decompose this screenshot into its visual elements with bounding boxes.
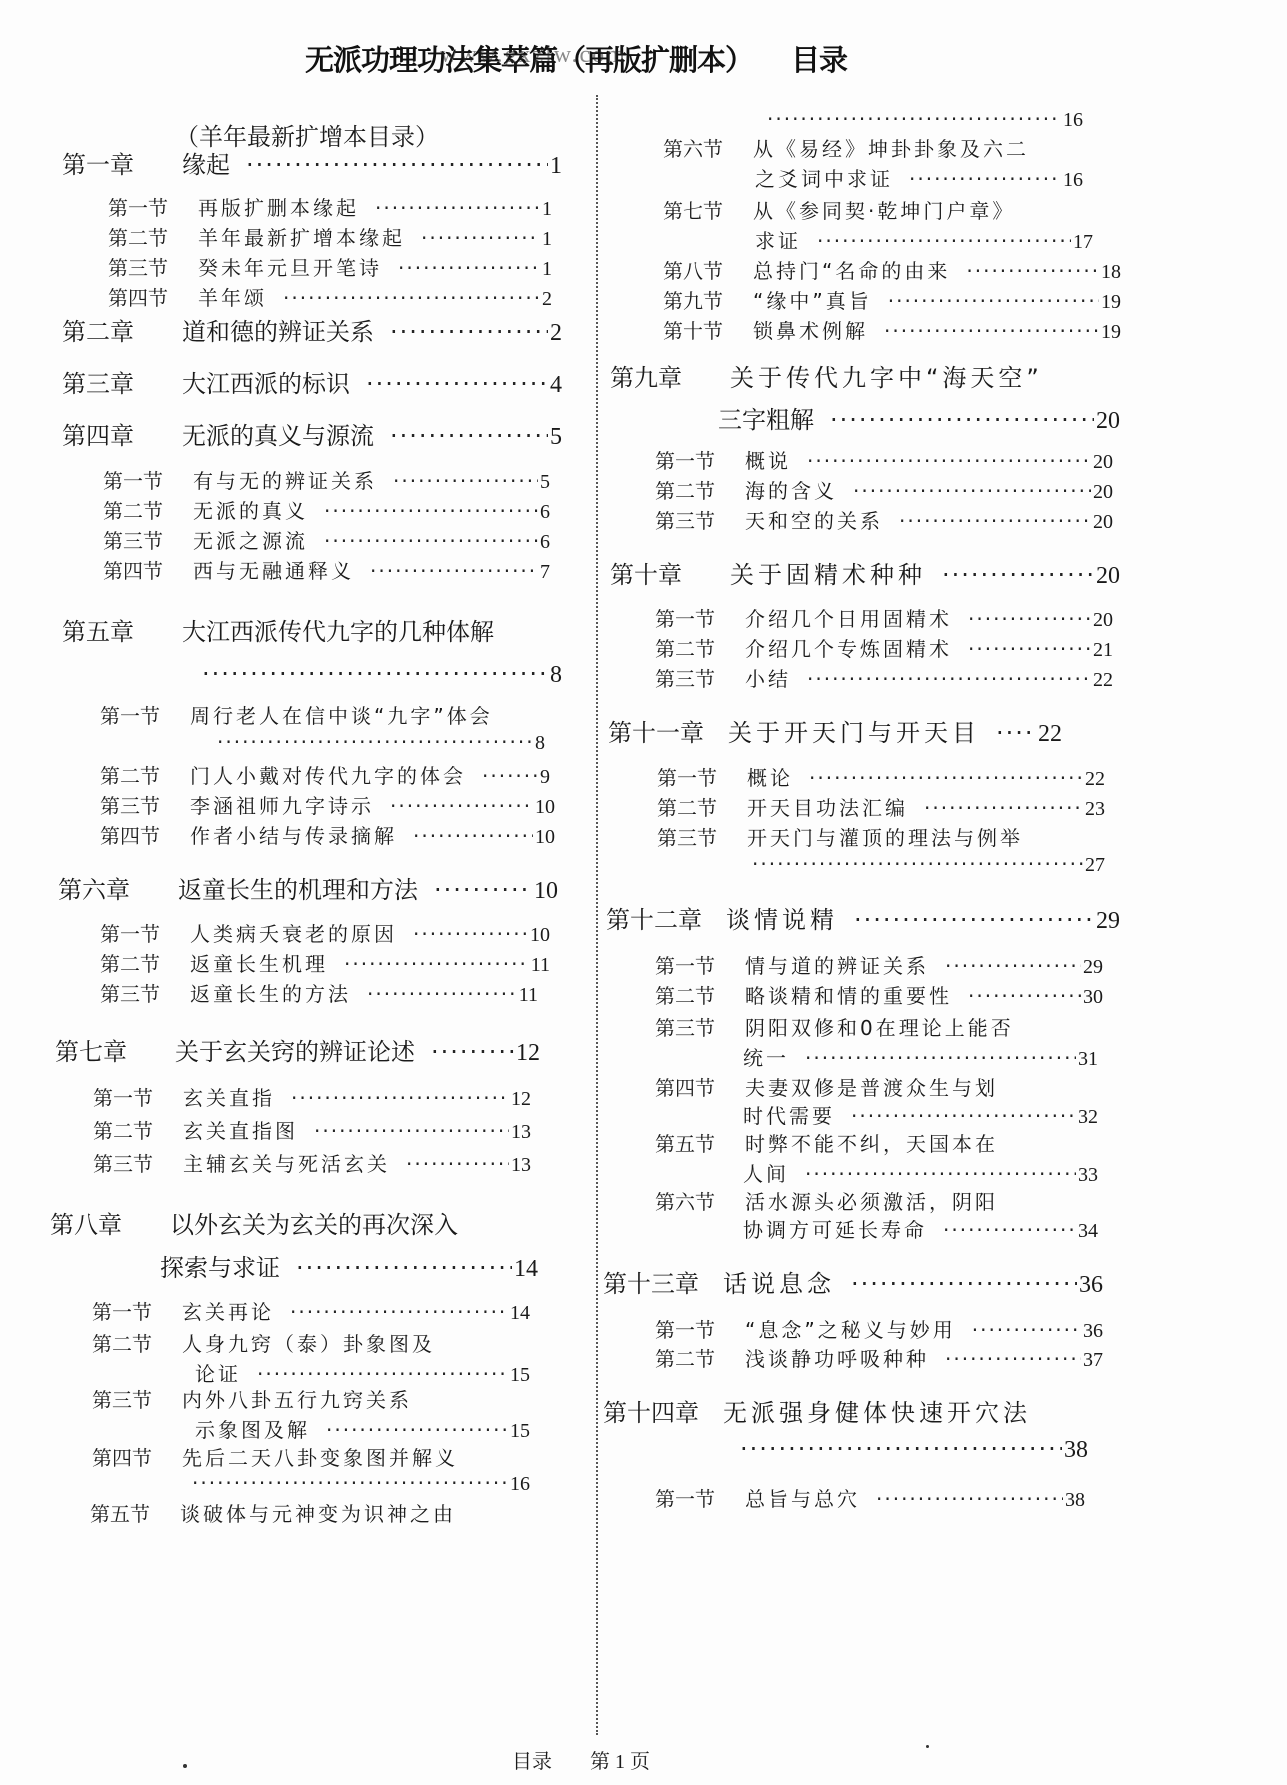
page-number: 31	[1078, 1048, 1098, 1071]
entry-number: 第一节	[93, 1082, 183, 1111]
page-number: 2	[542, 288, 552, 311]
entry-number: 第八节	[663, 255, 753, 284]
scan-speck	[926, 1745, 929, 1748]
toc-section-entry[interactable]: 第三节返童长生的方法11	[100, 978, 538, 1007]
leader-dots	[390, 422, 548, 450]
entry-number: 第十一章	[608, 713, 728, 748]
entry-title: 羊年最新扩增本缘起	[198, 222, 405, 251]
page-number: 20	[1093, 609, 1113, 632]
entry-title: 概说	[745, 445, 791, 474]
page-number: 32	[1078, 1106, 1098, 1129]
entry-number: 第四节	[103, 555, 193, 584]
page-number: 38	[1065, 1489, 1085, 1512]
entry-title: 癸未年元旦开笔诗	[198, 252, 382, 281]
toc-chapter-entry[interactable]: 第二章道和德的辨证关系2	[62, 312, 562, 347]
entry-title: 介绍几个专炼固精术	[745, 633, 952, 662]
toc-continuation-line[interactable]: 协调方可延长寿命34	[743, 1214, 1098, 1243]
toc-chapter-entry[interactable]: 第十一章关于开天门与开天目22	[608, 713, 1116, 748]
page-number: 13	[511, 1154, 531, 1177]
entry-number: 第七章	[55, 1032, 175, 1067]
toc-continuation-line[interactable]: 示象图及解15	[195, 1414, 530, 1443]
leader-dots	[314, 1119, 509, 1143]
entry-title: 概论	[747, 762, 793, 791]
entry-title: 小结	[745, 663, 791, 692]
page-number: 14	[514, 1256, 538, 1283]
entry-title: 关于传代九字中“海天空”	[730, 358, 1043, 393]
page-number: 33	[1078, 1164, 1098, 1187]
entry-number: 第五节	[90, 1498, 180, 1527]
entry-title: 大江西派传代九字的几种体解	[182, 612, 494, 647]
entry-title: 探索与求证	[160, 1248, 280, 1283]
page-number: 20	[1096, 408, 1120, 435]
entry-title: 关于玄关窍的辨证论述	[175, 1032, 415, 1067]
leader-dots	[290, 1300, 508, 1324]
entry-title: 阴阳双修和0在理论上能否	[745, 1012, 1014, 1041]
entry-number: 第三节	[100, 978, 190, 1007]
entry-title: 再版扩删本缘起	[198, 192, 359, 221]
leader-dots	[924, 796, 1083, 820]
entry-number: 第三节	[103, 525, 193, 554]
leader-dots	[398, 256, 540, 280]
leader-dots	[972, 1318, 1081, 1342]
toc-section-entry[interactable]: 第一节有与无的辨证关系5	[103, 465, 550, 494]
page-number: 12	[511, 1088, 531, 1111]
entry-title: 之爻词中求证	[755, 163, 893, 192]
page-number: 30	[1083, 986, 1103, 1009]
entry-title: 先后二天八卦变象图并解义	[182, 1442, 458, 1471]
page-number: 9	[540, 766, 550, 789]
toc-continuation-line[interactable]: 16	[190, 1471, 530, 1496]
page-number: 12	[516, 1040, 540, 1067]
toc-continuation-line[interactable]: 探索与求证14	[160, 1248, 538, 1283]
leader-dots	[217, 730, 533, 754]
toc-continuation-line[interactable]: 27	[750, 852, 1105, 877]
leader-dots	[366, 370, 548, 398]
entry-title: 无派强身健体快速开穴法	[723, 1393, 1031, 1428]
leader-dots	[899, 509, 1091, 533]
toc-section-entry[interactable]: 第三节主辅玄关与死活玄关13	[93, 1148, 531, 1177]
entry-title: 开天目功法汇编	[747, 792, 908, 821]
footer-section-label: 目录	[512, 1745, 552, 1774]
entry-number: 第四节	[100, 820, 190, 849]
page-number: 11	[531, 954, 550, 977]
leader-dots	[406, 1152, 509, 1176]
leader-dots	[740, 1435, 1062, 1463]
document-page: 无派功理功法集萃篇（再版扩删本）目录 www.gxzlw.com （羊年最新扩增…	[0, 0, 1287, 1785]
leader-dots	[367, 982, 517, 1006]
toc-section-entry[interactable]: 第四节先后二天八卦变象图并解义	[92, 1442, 530, 1471]
toc-section-entry[interactable]: 第三节天和空的关系20	[655, 505, 1113, 534]
leader-dots	[807, 667, 1091, 691]
entry-number: 第三节	[657, 822, 747, 851]
toc-section-entry[interactable]: 第二节羊年最新扩增本缘起1	[108, 222, 552, 251]
toc-section-entry[interactable]: 第五节时弊不能不纠，天国本在	[655, 1128, 1103, 1157]
page-number: 5	[550, 424, 562, 451]
entry-number: 第一节	[655, 1483, 745, 1512]
page-number: 15	[510, 1420, 530, 1443]
entry-number: 第三节	[655, 505, 745, 534]
entry-title: 西与无融通释义	[193, 555, 354, 584]
leader-dots	[909, 167, 1061, 191]
toc-continuation-line[interactable]: 人间33	[743, 1158, 1098, 1187]
leader-dots	[296, 1254, 512, 1282]
toc-section-entry[interactable]: 第六节从《易经》坤卦卦象及六二	[663, 133, 1103, 162]
toc-section-entry[interactable]: 第四节羊年颂2	[108, 282, 552, 311]
entry-number: 第一节	[655, 445, 745, 474]
entry-number: 第二节	[657, 792, 747, 821]
entry-title: 浅谈静功呼吸种种	[745, 1343, 929, 1372]
toc-chapter-entry[interactable]: 第九章关于传代九字中“海天空”	[610, 358, 1110, 393]
entry-title: 从《易经》坤卦卦象及六二	[753, 133, 1029, 162]
entry-title: 主辅玄关与死活玄关	[183, 1148, 390, 1177]
entry-number: 第三节	[93, 1148, 183, 1177]
page-number: 6	[540, 531, 550, 554]
entry-number: 第六节	[663, 133, 753, 162]
entry-title: 周行老人在信中谈“九字”体会	[190, 700, 493, 729]
entry-number: 第二章	[62, 312, 182, 347]
toc-section-entry[interactable]: 第二节无派的真义6	[103, 495, 550, 524]
watermark-text: www.gxzlw.com	[440, 42, 627, 69]
leader-dots	[945, 1347, 1081, 1371]
toc-section-entry[interactable]: 第二节返童长生机理11	[100, 948, 550, 977]
page-number: 20	[1093, 481, 1113, 504]
entry-title: 夫妻双修是普渡众生与划	[745, 1072, 998, 1101]
entry-title: 关于固精术种种	[730, 555, 926, 590]
toc-section-entry[interactable]: 第二节浅谈静功呼吸种种37	[655, 1343, 1103, 1372]
page-number: 7	[540, 561, 550, 584]
entry-number: 第五节	[655, 1128, 745, 1157]
entry-title: 统一	[743, 1042, 789, 1071]
leader-dots	[393, 469, 538, 493]
entry-number: 第三节	[92, 1384, 182, 1413]
leader-dots	[192, 1471, 508, 1495]
entry-title: 海的含义	[745, 475, 837, 504]
entry-number: 第一节	[100, 918, 190, 947]
leader-dots	[805, 1162, 1076, 1186]
entry-title: 作者小结与传录摘解	[190, 820, 397, 849]
toc-section-entry[interactable]: 第一节再版扩删本缘起1	[108, 192, 552, 221]
page-number: 10	[530, 924, 550, 947]
entry-title: 人身九窍（泰）卦象图及	[182, 1328, 435, 1357]
leader-dots	[283, 286, 540, 310]
entry-number: 第九节	[663, 285, 753, 314]
toc-chapter-entry[interactable]: 第六章返童长生的机理和方法10	[58, 870, 558, 905]
entry-number: 第九章	[610, 358, 730, 393]
toc-chapter-entry[interactable]: 第七章关于玄关窍的辨证论述12	[55, 1032, 540, 1067]
toc-section-entry[interactable]: 第一节玄关再论14	[92, 1296, 530, 1325]
toc-section-entry[interactable]: 第三节无派之源流6	[103, 525, 550, 554]
toc-section-entry[interactable]: 第二节介绍几个专炼固精术21	[655, 633, 1113, 662]
entry-title: 时代需要	[743, 1100, 835, 1129]
page-number: 10	[535, 796, 555, 819]
page-number: 22	[1038, 721, 1062, 748]
page-number: 14	[510, 1302, 530, 1325]
leader-dots	[344, 952, 529, 976]
entry-title: 三字粗解	[718, 400, 814, 435]
toc-section-entry[interactable]: 第四节作者小结与传录摘解10	[100, 820, 555, 849]
entry-number: 第一节	[100, 700, 190, 729]
entry-number: 第六章	[58, 870, 178, 905]
entry-number: 第一节	[92, 1296, 182, 1325]
page-number: 34	[1078, 1220, 1098, 1243]
entry-number: 第二节	[108, 222, 198, 251]
toc-section-entry[interactable]: 第七节从《参同契·乾坤门户章》	[663, 195, 1103, 224]
toc-section-entry[interactable]: 第九节“缘中”真旨19	[663, 285, 1121, 314]
leader-dots	[413, 922, 528, 946]
page-number: 1	[542, 258, 552, 281]
entry-title: 李涵祖师九字诗示	[190, 790, 374, 819]
leader-dots	[943, 1218, 1076, 1242]
entry-title: 时弊不能不纠，天国本在	[745, 1128, 998, 1157]
entry-number: 第六节	[655, 1186, 745, 1215]
leader-dots	[942, 561, 1094, 589]
entry-title: 大江西派的标识	[182, 364, 350, 399]
page-number: 8	[550, 662, 562, 689]
entry-title: 玄关再论	[182, 1296, 274, 1325]
entry-number: 第二节	[655, 1343, 745, 1372]
entry-number: 第三节	[655, 1012, 745, 1041]
page-number: 21	[1093, 639, 1113, 662]
page-number: 5	[540, 471, 550, 494]
toc-section-entry[interactable]: 第十节锁鼻术例解19	[663, 315, 1121, 344]
toc-continuation-line[interactable]: 求证17	[755, 225, 1093, 254]
toc-chapter-entry[interactable]: 第十章关于固精术种种20	[610, 555, 1120, 590]
entry-number: 第二节	[93, 1115, 183, 1144]
leader-dots	[246, 151, 548, 179]
entry-title: 总持门“名命的由来	[753, 255, 950, 284]
entry-title: 总旨与总穴	[745, 1483, 860, 1512]
page-number: 6	[540, 501, 550, 524]
page-number: 1	[542, 198, 552, 221]
entry-title: 开天门与灌顶的理法与例举	[747, 822, 1023, 851]
entry-title: 返童长生机理	[190, 948, 328, 977]
entry-title: 略谈精和情的重要性	[745, 980, 952, 1009]
entry-number: 第三章	[62, 364, 182, 399]
toc-section-entry[interactable]: 第二节人身九窍（泰）卦象图及	[92, 1328, 530, 1357]
toc-chapter-entry[interactable]: 第五章大江西派传代九字的几种体解	[62, 612, 562, 647]
entry-title: 人类病夭衰老的原因	[190, 918, 397, 947]
leader-dots	[968, 637, 1091, 661]
toc-continuation-line[interactable]: 8	[200, 660, 562, 689]
title-suffix: 目录	[791, 43, 847, 77]
page-number: 16	[1063, 169, 1083, 192]
page-number: 4	[550, 372, 562, 399]
toc-continuation-line[interactable]: 统一31	[743, 1042, 1098, 1071]
leader-dots	[805, 1046, 1076, 1070]
page-number: 22	[1085, 768, 1105, 791]
entry-number: 第五章	[62, 612, 182, 647]
page-number: 10	[535, 826, 555, 849]
entry-title: “息念”之秘义与妙用	[745, 1314, 956, 1343]
leader-dots	[807, 449, 1091, 473]
toc-section-entry[interactable]: 第一节“息念”之秘义与妙用36	[655, 1314, 1103, 1343]
entry-number: 第三节	[655, 663, 745, 692]
leader-dots	[324, 499, 538, 523]
page-number: 29	[1096, 908, 1120, 935]
entry-title: 以外玄关为玄关的再次深入	[170, 1205, 458, 1240]
leader-dots	[202, 660, 548, 688]
toc-chapter-entry[interactable]: 第三章大江西派的标识4	[62, 364, 562, 399]
page-number: 36	[1083, 1320, 1103, 1343]
toc-continuation-line[interactable]: 时代需要32	[743, 1100, 1098, 1129]
toc-section-entry[interactable]: 第一节介绍几个日用固精术20	[655, 603, 1113, 632]
entry-number: 第二节	[655, 980, 745, 1009]
leader-dots	[375, 196, 540, 220]
toc-continuation-line[interactable]: 之爻词中求证16	[755, 163, 1083, 192]
entry-number: 第四节	[92, 1442, 182, 1471]
entry-title: 论证	[195, 1358, 241, 1387]
toc-chapter-entry[interactable]: 第一章缘起1	[62, 145, 562, 180]
leader-dots	[370, 559, 538, 583]
page-number: 37	[1083, 1349, 1103, 1372]
page-number: 1	[550, 153, 562, 180]
toc-section-entry[interactable]: 第一节情与道的辨证关系29	[655, 950, 1103, 979]
entry-number: 第十节	[663, 315, 753, 344]
toc-section-entry[interactable]: 第三节内外八卦五行九窍关系	[92, 1384, 530, 1413]
toc-section-entry[interactable]: 第三节癸未年元旦开笔诗1	[108, 252, 552, 281]
leader-dots	[324, 529, 538, 553]
leader-dots	[945, 954, 1081, 978]
entry-title: 介绍几个日用固精术	[745, 603, 952, 632]
leader-dots	[884, 319, 1099, 343]
toc-section-entry[interactable]: 第一节周行老人在信中谈“九字”体会	[100, 700, 550, 729]
entry-number: 第八章	[50, 1205, 170, 1240]
toc-section-entry[interactable]: 第一节总旨与总穴38	[655, 1483, 1085, 1512]
leader-dots	[876, 1487, 1063, 1511]
leader-dots	[421, 226, 540, 250]
entry-title: 返童长生的方法	[190, 978, 351, 1007]
entry-title: 关于开天门与开天目	[728, 713, 980, 748]
entry-number: 第四章	[62, 416, 182, 451]
entry-number: 第一节	[657, 762, 747, 791]
leader-dots	[434, 876, 532, 904]
toc-section-entry[interactable]: 第四节西与无融通释义7	[103, 555, 550, 584]
toc-section-entry[interactable]: 第三节开天门与灌顶的理法与例举	[657, 822, 1105, 851]
toc-continuation-line[interactable]: 8	[215, 730, 545, 755]
toc-continuation-line[interactable]: 38	[738, 1435, 1088, 1464]
entry-title: 有与无的辨证关系	[193, 465, 377, 494]
toc-chapter-entry[interactable]: 第十三章话说息念36	[603, 1264, 1103, 1299]
entry-number: 第一节	[655, 950, 745, 979]
toc-chapter-entry[interactable]: 第四章无派的真义与源流5	[62, 416, 562, 451]
toc-section-entry[interactable]: 第二节开天目功法汇编23	[657, 792, 1105, 821]
entry-title: 谈情说精	[726, 900, 838, 935]
leader-dots	[413, 824, 533, 848]
toc-section-entry[interactable]: 第一节玄关直指12	[93, 1082, 531, 1111]
page-number: 16	[510, 1473, 530, 1496]
entry-number: 第二节	[655, 633, 745, 662]
entry-number: 第十二章	[606, 900, 726, 935]
leader-dots	[817, 229, 1071, 253]
leader-dots	[851, 1104, 1076, 1128]
toc-section-entry[interactable]: 第五节谈破体与元神变为识神之由	[90, 1498, 528, 1527]
toc-section-entry[interactable]: 第三节阴阳双修和0在理论上能否	[655, 1012, 1103, 1041]
toc-continuation-line[interactable]: 16	[765, 107, 1083, 132]
entry-title: 从《参同契·乾坤门户章》	[753, 195, 1015, 224]
page-number: 22	[1093, 669, 1113, 692]
toc-section-entry[interactable]: 第八节总持门“名命的由来18	[663, 255, 1121, 284]
entry-number: 第一节	[655, 1314, 745, 1343]
entry-number: 第一节	[103, 465, 193, 494]
toc-section-entry[interactable]: 第四节夫妻双修是普渡众生与划	[655, 1072, 1103, 1101]
page-number: 8	[535, 732, 545, 755]
entry-number: 第二节	[100, 948, 190, 977]
page-number: 19	[1101, 291, 1121, 314]
page-number: 17	[1073, 231, 1093, 254]
leader-dots	[968, 984, 1081, 1008]
toc-continuation-line[interactable]: 三字粗解20	[718, 400, 1120, 435]
leader-dots	[482, 764, 538, 788]
leader-dots	[809, 766, 1083, 790]
leader-dots	[966, 259, 1099, 283]
toc-section-entry[interactable]: 第三节李涵祖师九字诗示10	[100, 790, 555, 819]
entry-title: 玄关直指	[183, 1082, 275, 1111]
entry-title: 人间	[743, 1158, 789, 1187]
leader-dots	[830, 406, 1094, 434]
toc-section-entry[interactable]: 第一节概论22	[657, 762, 1105, 791]
entry-title: 话说息念	[723, 1264, 835, 1299]
toc-section-entry[interactable]: 第一节人类病夭衰老的原因10	[100, 918, 550, 947]
page-number: 18	[1101, 261, 1121, 284]
page-number: 27	[1085, 854, 1105, 877]
scan-speck	[183, 1764, 187, 1768]
entry-number: 第二节	[92, 1328, 182, 1357]
toc-section-entry[interactable]: 第三节小结22	[655, 663, 1113, 692]
entry-title: 道和德的辨证关系	[182, 312, 374, 347]
leader-dots	[968, 607, 1091, 631]
entry-title: 锁鼻术例解	[753, 315, 868, 344]
toc-chapter-entry[interactable]: 第八章以外玄关为玄关的再次深入	[50, 1205, 530, 1240]
page-number: 2	[550, 320, 562, 347]
leader-dots	[888, 289, 1099, 313]
leader-dots	[767, 107, 1061, 131]
toc-section-entry[interactable]: 第六节活水源头必须激活，阴阳	[655, 1186, 1103, 1215]
entry-title: 缘起	[182, 145, 230, 180]
column-divider	[596, 95, 598, 1735]
entry-title: 玄关直指图	[183, 1115, 298, 1144]
leader-dots	[390, 318, 548, 346]
toc-section-entry[interactable]: 第二节玄关直指图13	[93, 1115, 531, 1144]
entry-title: 示象图及解	[195, 1414, 310, 1443]
toc-chapter-entry[interactable]: 第十四章无派强身健体快速开穴法	[603, 1393, 1103, 1428]
footer-page-label: 第 1 页	[590, 1745, 650, 1774]
leader-dots	[853, 479, 1091, 503]
page-number: 38	[1064, 1437, 1088, 1464]
entry-title: 无派的真义	[193, 495, 308, 524]
page-number: 16	[1063, 109, 1083, 132]
leader-dots	[326, 1418, 508, 1442]
leader-dots	[390, 794, 533, 818]
page-number: 20	[1093, 451, 1113, 474]
toc-section-entry[interactable]: 第二节海的含义20	[655, 475, 1113, 504]
entry-number: 第四节	[108, 282, 198, 311]
leader-dots	[291, 1086, 509, 1110]
entry-number: 第四节	[655, 1072, 745, 1101]
entry-title: “缘中”真旨	[753, 285, 872, 314]
entry-title: 内外八卦五行九窍关系	[182, 1384, 412, 1413]
entry-title: 门人小戴对传代九字的体会	[190, 760, 466, 789]
leader-dots	[257, 1362, 508, 1386]
toc-chapter-entry[interactable]: 第十二章谈情说精29	[606, 900, 1120, 935]
entry-title: 羊年颂	[198, 282, 267, 311]
page-number: 10	[534, 878, 558, 905]
toc-section-entry[interactable]: 第一节概说20	[655, 445, 1113, 474]
entry-number: 第十四章	[603, 1393, 723, 1428]
toc-section-entry[interactable]: 第二节略谈精和情的重要性30	[655, 980, 1103, 1009]
toc-continuation-line[interactable]: 论证15	[195, 1358, 530, 1387]
entry-number: 第二节	[655, 475, 745, 504]
toc-section-entry[interactable]: 第二节门人小戴对传代九字的体会9	[100, 760, 550, 789]
